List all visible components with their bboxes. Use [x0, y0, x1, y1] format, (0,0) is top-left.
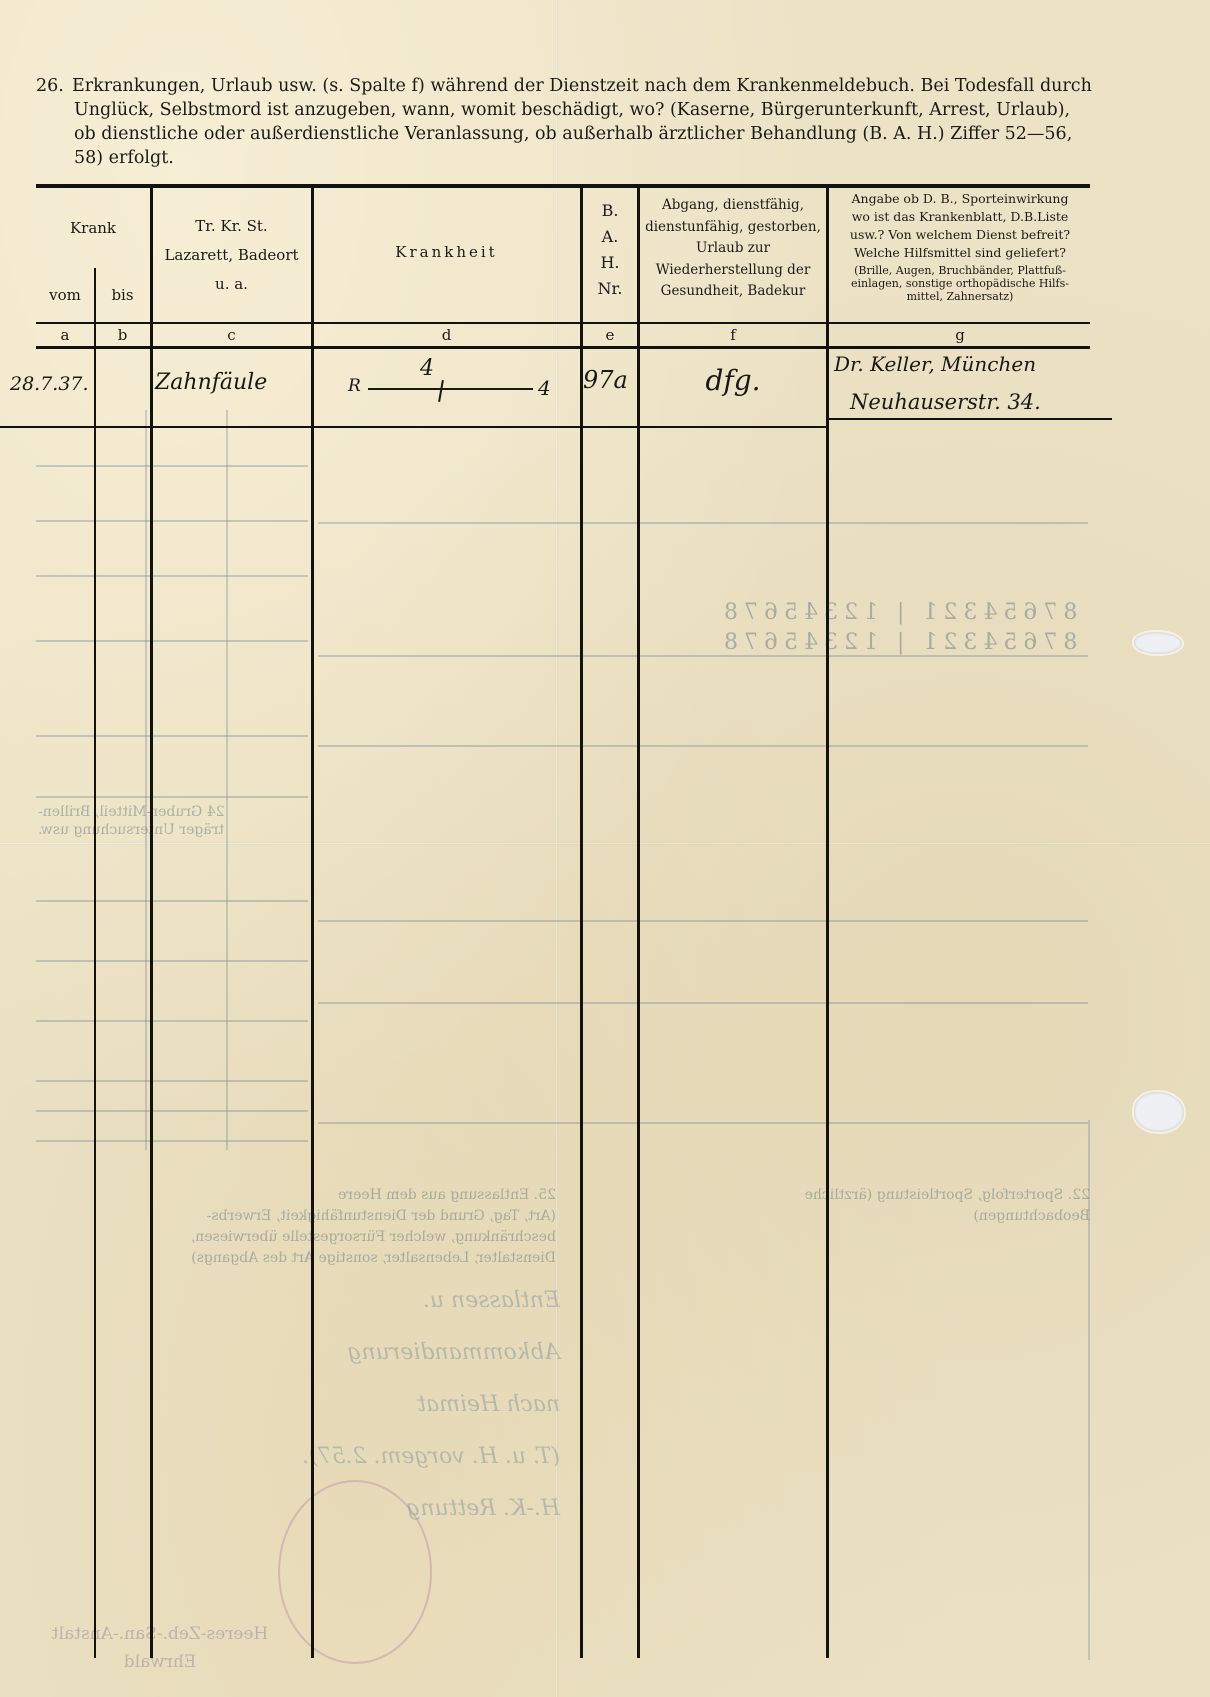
entry-bah-nr: 97a: [583, 366, 637, 394]
column-letter-a: a: [36, 326, 94, 344]
ghost-line: [36, 575, 308, 577]
paper-fold-horizontal: [0, 842, 1210, 845]
ghost-stamp-text: Heeres-Zeb.-San.-Anstalt Ehrwald: [20, 1620, 300, 1676]
intro-text: Erkrankungen, Urlaub usw. (s. Spalte f) …: [72, 76, 1092, 96]
ghost-line: [36, 1080, 308, 1082]
header-text: Angabe ob D. B., Sporteinwirkung: [830, 190, 1090, 208]
section-26-instructions: 26.Erkrankungen, Urlaub usw. (s. Spalte …: [36, 74, 1086, 170]
ghost-line: [36, 735, 308, 737]
ghost-text-line: (T. u. H. vorgem. 2.57).: [300, 1431, 560, 1483]
header-text: dienstunfähig, gestorben,: [640, 217, 826, 239]
header-bis: bis: [95, 285, 150, 306]
ghost-line: [318, 920, 1088, 922]
ghost-text-line: Ehrwald: [20, 1648, 300, 1676]
header-text: Abgang, dienstfähig,: [640, 195, 826, 217]
header-text: Urlaub zur: [640, 238, 826, 260]
ghost-text-line: 24 Gruber-Mitteil, Brillen-: [38, 803, 308, 821]
ghost-line: [318, 745, 1088, 747]
column-letter-f: f: [640, 326, 826, 344]
ghost-text-line: Entlassen u. Abkommandierung: [300, 1275, 560, 1379]
ghost-item-24: 24 Gruber-Mitteil, Brillen- träger Unter…: [38, 803, 308, 839]
intro-line: 26.Erkrankungen, Urlaub usw. (s. Spalte …: [36, 74, 1086, 98]
ghost-number-row: 87654321 | 12345678: [718, 630, 1077, 655]
entry-diagnosis-line: [368, 388, 533, 390]
header-col-g-note: (Brille, Augen, Bruchbänder, Plattfuß- e…: [830, 264, 1090, 303]
entry-remarks-line2: Neuhauserstr. 34.: [850, 390, 1090, 414]
ghost-text-line: Dienstalter, Lebensalter, sonstige Art d…: [36, 1248, 556, 1269]
ghost-text-line: (Art, Tag, Grund der Dienstunfähigkeit, …: [36, 1206, 556, 1227]
header-text: wo ist das Krankenblatt, D.B.Liste: [830, 208, 1090, 226]
header-bah-nr: B. A. H. Nr.: [583, 198, 637, 302]
ghost-line: [36, 960, 308, 962]
entry-diagnosis-tick: [438, 380, 444, 402]
header-vom: vom: [36, 285, 94, 306]
ghost-line: [36, 640, 308, 642]
header-text: H.: [583, 250, 637, 276]
header-text: usw.? Von welchem Dienst befreit?: [830, 226, 1090, 244]
header-text: Welche Hilfsmittel sind geliefert?: [830, 244, 1090, 262]
column-letter-d: d: [313, 326, 580, 344]
header-text: Lazarett, Badeort: [152, 241, 311, 270]
ghost-text-line: Beobachtungen): [690, 1206, 1090, 1227]
header-col-f: Abgang, dienstfähig, dienstunfähig, gest…: [640, 195, 826, 303]
header-text: Nr.: [583, 276, 637, 302]
entry-remarks-line1: Dr. Keller, München: [834, 352, 1094, 376]
entry-bottom-rule-right: [826, 418, 1112, 420]
intro-line: ob dienstliche oder außerdienstliche Ver…: [36, 122, 1086, 146]
ghost-line: [318, 1002, 1088, 1004]
header-text: mittel, Zahnersatz): [830, 290, 1090, 303]
entry-location: Zahnfäule: [155, 370, 311, 395]
header-text: u. a.: [152, 270, 311, 299]
entry-status: dfg.: [640, 364, 826, 397]
column-letter-c: c: [152, 326, 311, 344]
column-divider-f-g: [826, 188, 829, 1658]
intro-line: Unglück, Selbstmord ist anzugeben, wann,…: [36, 98, 1086, 122]
punch-hole: [1134, 632, 1182, 654]
punch-hole: [1134, 1092, 1184, 1132]
intro-line: 58) erfolgt.: [36, 146, 1086, 170]
column-divider-e-f: [637, 188, 640, 1658]
column-divider-b-c: [150, 188, 153, 1658]
ghost-line: [318, 522, 1088, 524]
entry-diagnosis-right: 4: [538, 376, 551, 400]
ghost-text-line: beschränkung, welcher Fürsorgestelle übe…: [36, 1227, 556, 1248]
column-letter-e: e: [583, 326, 637, 344]
header-krankheit: Krankheit: [313, 242, 580, 263]
column-divider-a-b: [94, 268, 96, 1658]
ghost-text-line: 22. Sporterfolg, Sportleistung (ärztlich…: [690, 1185, 1090, 1206]
column-divider-d-e: [580, 188, 583, 1658]
ghost-item-25: 25. Entlassung aus dem Heere (Art, Tag, …: [36, 1185, 556, 1269]
ghost-line: [36, 796, 308, 798]
entry-diagnosis-prefix: R: [348, 376, 361, 396]
ghost-number-row: 87654321 | 12345678: [718, 600, 1077, 625]
ghost-line: [318, 655, 1088, 657]
ghost-line: [36, 465, 308, 467]
table-top-rule: [36, 184, 1090, 188]
section-number: 26.: [36, 74, 72, 98]
ghost-line: [36, 900, 308, 902]
ghost-text-line: 25. Entlassung aus dem Heere: [36, 1185, 556, 1206]
header-col-g: Angabe ob D. B., Sporteinwirkung wo ist …: [830, 190, 1090, 262]
column-divider-c-d: [311, 188, 314, 1658]
letters-rule: [36, 346, 1090, 349]
ghost-line: [36, 520, 308, 522]
header-col-c: Tr. Kr. St. Lazarett, Badeort u. a.: [152, 212, 311, 299]
column-letter-b: b: [95, 326, 150, 344]
header-text: Gesundheit, Badekur: [640, 281, 826, 303]
entry-bottom-rule-left: [0, 426, 826, 428]
header-text: Tr. Kr. St.: [152, 212, 311, 241]
column-letter-g: g: [830, 326, 1090, 344]
ghost-stamp-circle: [278, 1480, 432, 1664]
ghost-line: [36, 1140, 308, 1142]
header-text: Wiederherstellung der: [640, 260, 826, 282]
ghost-line: [318, 1122, 1088, 1124]
ghost-line: [36, 1110, 308, 1112]
header-text: A.: [583, 224, 637, 250]
header-rule: [36, 322, 1090, 324]
ghost-item-22: 22. Sporterfolg, Sportleistung (ärztlich…: [690, 1185, 1090, 1227]
ghost-text-line: Heeres-Zeb.-San.-Anstalt: [20, 1620, 300, 1648]
ghost-text-line: nach Heimat: [300, 1379, 560, 1431]
entry-diagnosis-top: 4: [420, 356, 434, 381]
header-krank: Krank: [36, 218, 150, 239]
header-text: einlagen, sonstige orthopädische Hilfs-: [830, 277, 1090, 290]
ghost-text-line: träger Untersuchung usw.: [38, 821, 308, 839]
entry-vom-date: 28.7.37.: [10, 373, 94, 395]
header-text: (Brille, Augen, Bruchbänder, Plattfuß-: [830, 264, 1090, 277]
header-text: B.: [583, 198, 637, 224]
ghost-line: [36, 1020, 308, 1022]
